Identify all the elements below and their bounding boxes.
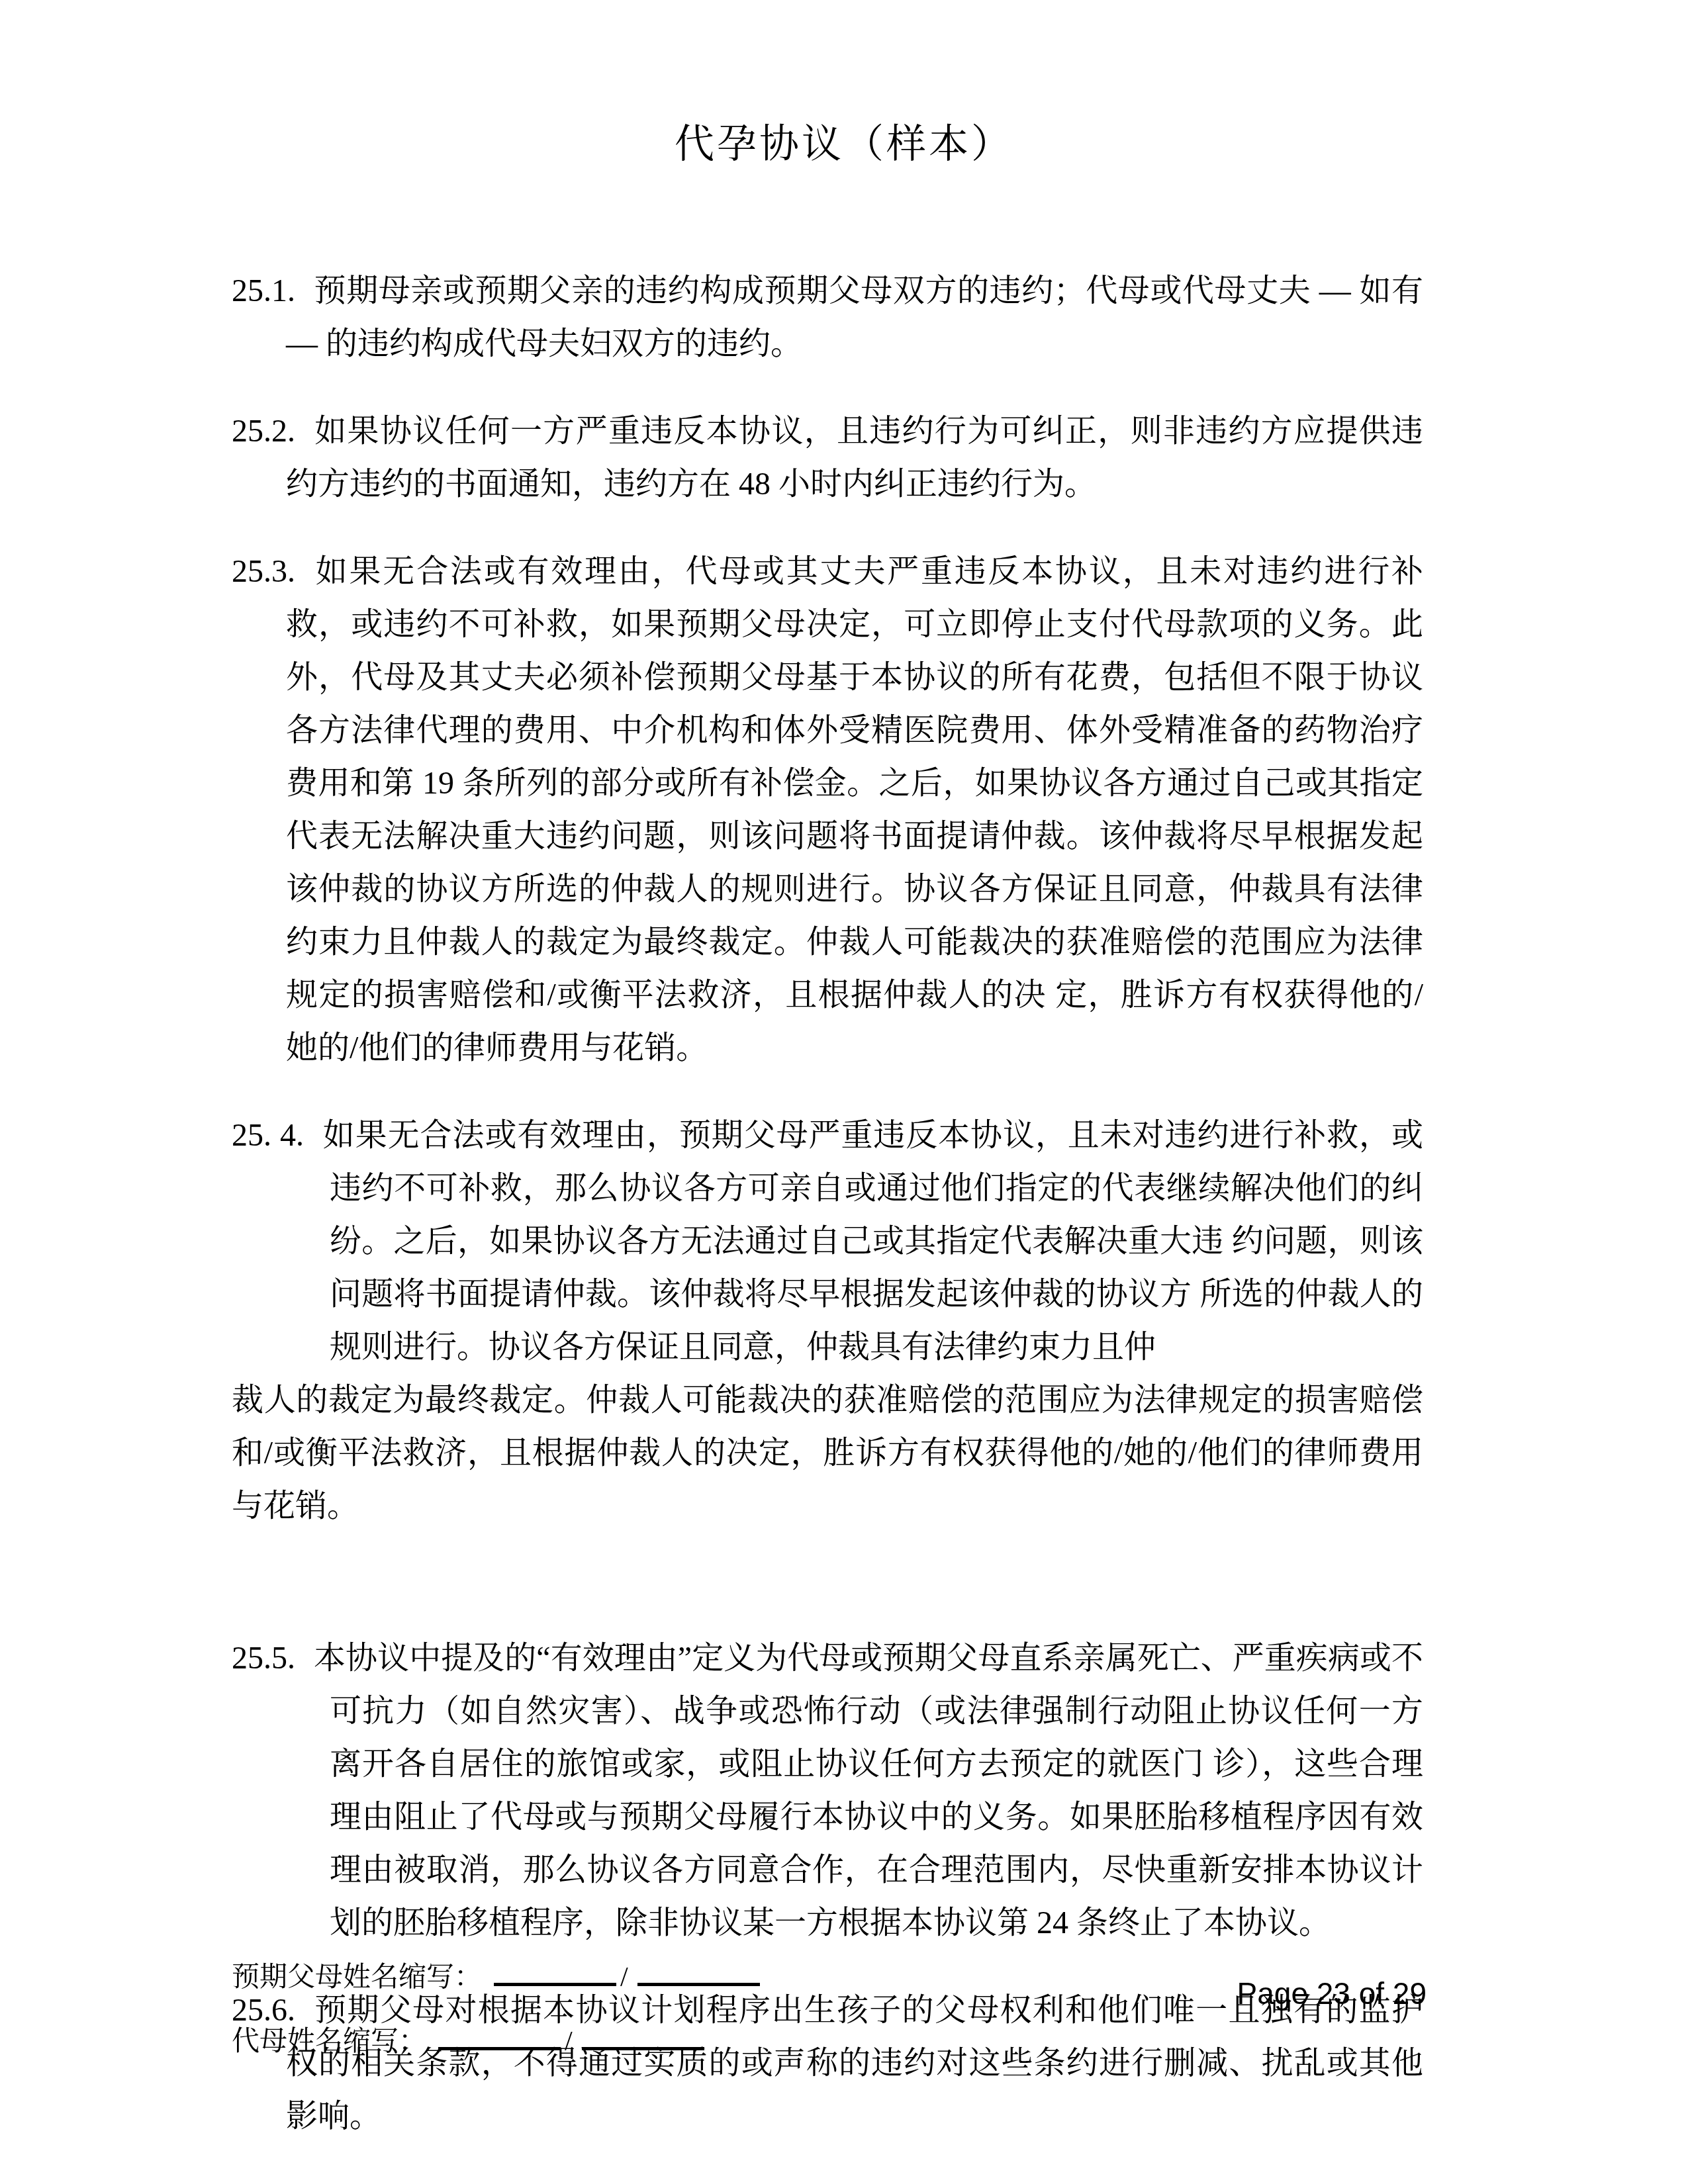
intended-parent-1-signature-line [494, 1958, 616, 1986]
clause-25-3: 25.3.如果无合法或有效理由，代母或其丈夫严重违反本协议，且未对违约进行补救，… [232, 545, 1423, 1075]
clause-25-5-number: 25.5. [232, 1641, 295, 1676]
clause-25-2-text: 如果协议任何一方严重违反本协议，且违约行为可纠正，则非违约方应提供违约方违约的书… [286, 414, 1423, 502]
clause-25-2: 25.2.如果协议任何一方严重违反本协议，且违约行为可纠正，则非违约方应提供违约… [232, 405, 1423, 511]
clauses-section: 25.1.预期母亲或预期父亲的违约构成预期父母双方的违约；代母或代母丈夫 — 如… [232, 265, 1423, 2177]
footer: 预期父母姓名缩写：/ 代母姓名缩写：/ [232, 1958, 764, 2086]
intended-parent-2-signature-line [637, 1958, 760, 1986]
slash-separator: / [620, 1961, 628, 1994]
page-title: 代孕协议（样本） [0, 0, 1688, 169]
slash-separator-2: / [565, 2025, 573, 2058]
clause-25-5: 25.5.本协议中提及的“有效理由”定义为代母或预期父母直系亲属死亡、严重疾病或… [232, 1632, 1423, 1950]
clause-25-1-text: 预期母亲或预期父亲的违约构成预期父母双方的违约；代母或代母丈夫 — 如有 — 的… [286, 273, 1423, 361]
intended-parents-initials-line: 预期父母姓名缩写：/ [232, 1958, 764, 1994]
clause-25-2-number: 25.2. [232, 414, 295, 449]
page-number: Page 23 of 29 [1237, 1976, 1427, 2011]
intended-parents-initials-label: 预期父母姓名缩写： [232, 1962, 482, 1993]
document-page: 代孕协议（样本） 25.1.预期母亲或预期父亲的违约构成预期父母双方的违约；代母… [0, 0, 1688, 2184]
clause-25-3-number: 25.3. [232, 554, 295, 589]
clause-25-3-text: 如果无合法或有效理由，代母或其丈夫严重违反本协议，且未对违约进行补救，或违约不可… [286, 554, 1423, 1066]
surrogate-initials-label: 代母姓名缩写： [232, 2026, 426, 2057]
clause-25-4: 25. 4.如果无合法或有效理由，预期父母严重违反本协议，且未对违约进行补救，或… [232, 1109, 1423, 1374]
clause-25-4-continuation: 裁人的裁定为最终裁定。仲裁人可能裁决的获准赔偿的范围应为法律规定的损害赔偿和/或… [232, 1374, 1423, 1533]
clause-25-5-text: 本协议中提及的“有效理由”定义为代母或预期父母直系亲属死亡、严重疾病或不可抗力（… [314, 1641, 1423, 1940]
surrogate-initials-line: 代母姓名缩写：/ [232, 2022, 764, 2058]
surrogate-2-signature-line [582, 2022, 704, 2050]
clause-25-4-number: 25. 4. [232, 1118, 304, 1153]
surrogate-1-signature-line [438, 2022, 561, 2050]
clause-25-1-number: 25.1. [232, 273, 295, 308]
clause-25-4-text: 如果无合法或有效理由，预期父母严重违反本协议，且未对违约进行补救，或违约不可补救… [322, 1118, 1423, 1365]
clause-25-4-continuation-text: 裁人的裁定为最终裁定。仲裁人可能裁决的获准赔偿的范围应为法律规定的损害赔偿和/或… [232, 1383, 1423, 1524]
clause-25-1: 25.1.预期母亲或预期父亲的违约构成预期父母双方的违约；代母或代母丈夫 — 如… [232, 265, 1423, 371]
